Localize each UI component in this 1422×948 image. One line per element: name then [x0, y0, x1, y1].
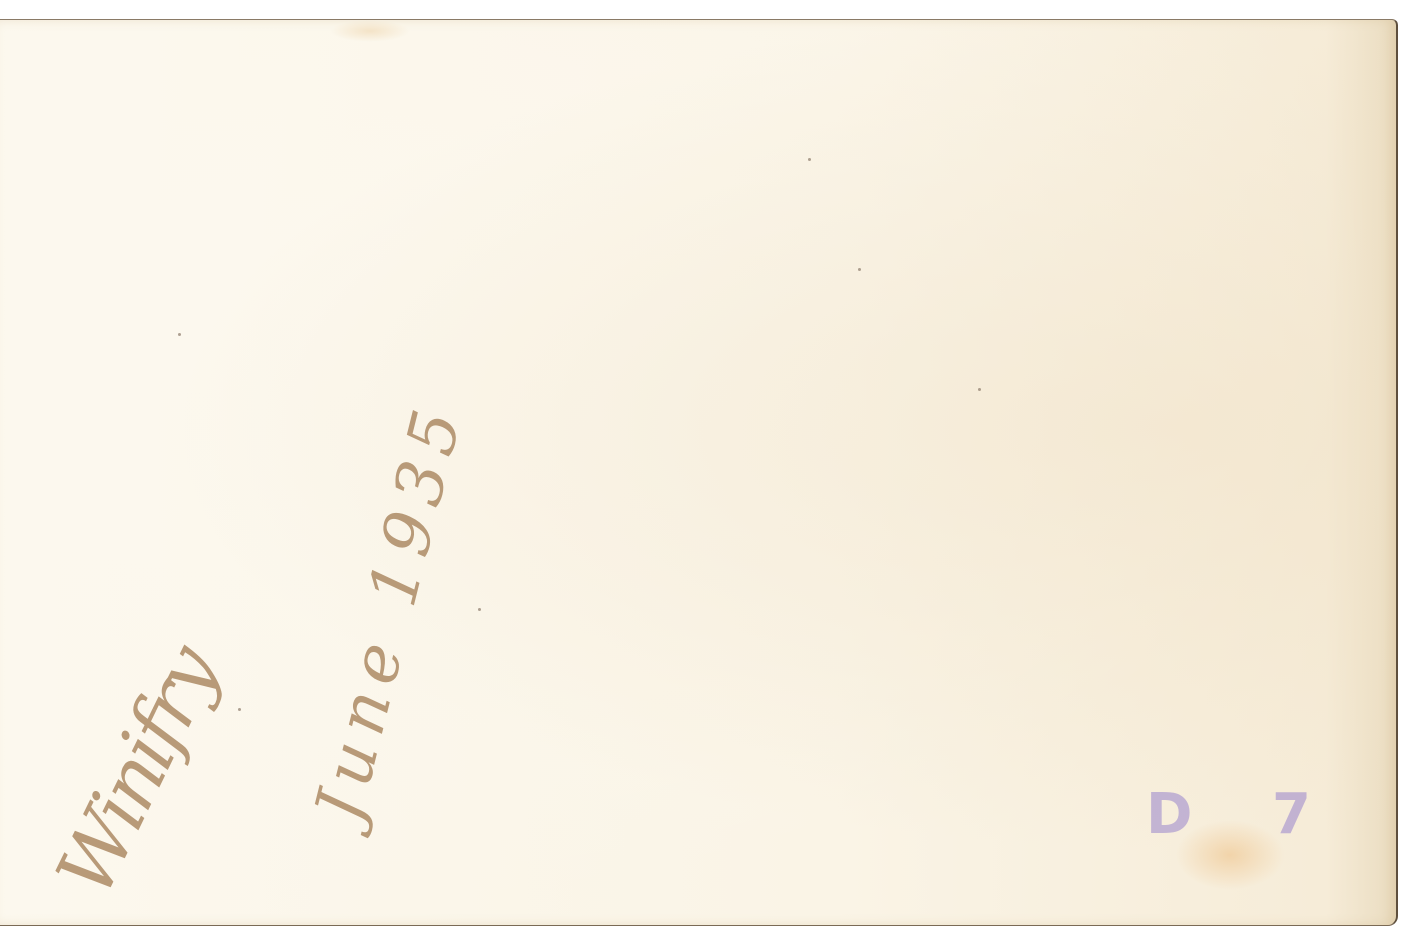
paper-speck	[478, 608, 481, 611]
paper-speck	[978, 388, 981, 391]
handwritten-name: Winifry	[40, 635, 235, 909]
catalog-stamp: D 7	[1146, 782, 1341, 847]
photo-card-back: Winifry June 1935 D 7	[0, 19, 1398, 926]
paper-speck	[178, 333, 181, 336]
paper-speck	[238, 708, 241, 711]
handwritten-date: June 1935	[300, 393, 479, 828]
paper-speck	[858, 268, 861, 271]
paper-speck	[808, 158, 811, 161]
paper-stain	[330, 20, 410, 42]
